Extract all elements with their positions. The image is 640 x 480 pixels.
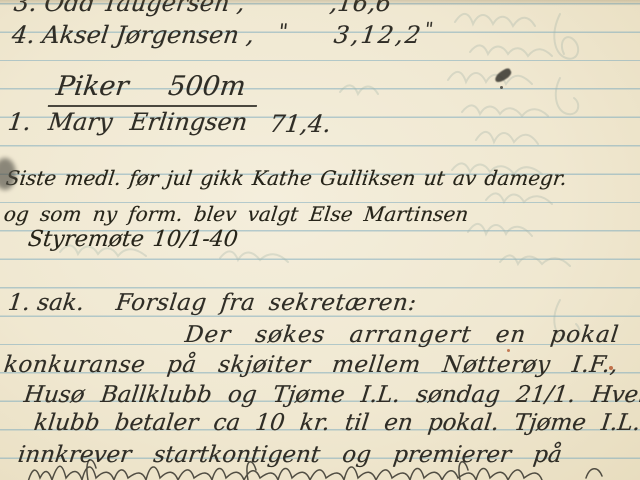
page-edge-shadow	[0, 0, 640, 6]
heading-word-500m: 500m	[166, 71, 247, 102]
case-1-header: 1. sak. Forslag fra sekretæren:	[6, 290, 85, 316]
result-row-1-time: 71,4.	[268, 110, 333, 138]
result-row-1-mary: 1. Mary Erlingsen 71,4.	[6, 108, 249, 136]
notebook-page: 3. Odd Taugersen , ,16,6 4. Aksel Jørgen…	[0, 0, 640, 480]
case-1-body-line-3: Husø Ballklubb og Tjøme I.L. søndag 21/1…	[22, 382, 640, 408]
result-row-1-text: 1. Mary Erlingsen	[6, 108, 249, 136]
note-line-2: og som ny form. blev valgt Else Martinse…	[3, 202, 470, 226]
result-row-4: 4. Aksel Jørgensen , " 3,12,2 "	[10, 21, 255, 49]
rust-dot-2	[507, 349, 510, 352]
case-1-body-line-2: konkuranse på skjøiter mellem Nøtterøy I…	[2, 352, 619, 378]
result-row-4-text: 4. Aksel Jørgensen ,	[10, 21, 255, 49]
note-line-1: Siste medl. før jul gikk Kathe Gulliksen…	[5, 166, 569, 190]
ink-blot-dot	[500, 86, 503, 89]
result-row-4-time: 3,12,2	[332, 21, 424, 49]
heading-underline: Piker500m	[48, 71, 262, 107]
case-1-body-line-5: innkrever startkontigent og premierer på	[16, 442, 563, 468]
heading-word-piker: Piker	[54, 71, 130, 102]
rust-dot-1	[609, 366, 613, 370]
case-1-body-line-1: Der søkes arrangert en pokal	[183, 322, 620, 348]
case-1-title: Forslag fra sekretæren:	[114, 290, 418, 316]
case-1-label: 1. sak.	[6, 290, 85, 316]
meeting-title-line: Styremøte 10/1-40	[26, 227, 239, 252]
section-heading-piker-500m: Piker500m	[48, 71, 262, 107]
case-1-body-line-4: klubb betaler ca 10 kr. til en pokal. Tj…	[32, 410, 640, 436]
